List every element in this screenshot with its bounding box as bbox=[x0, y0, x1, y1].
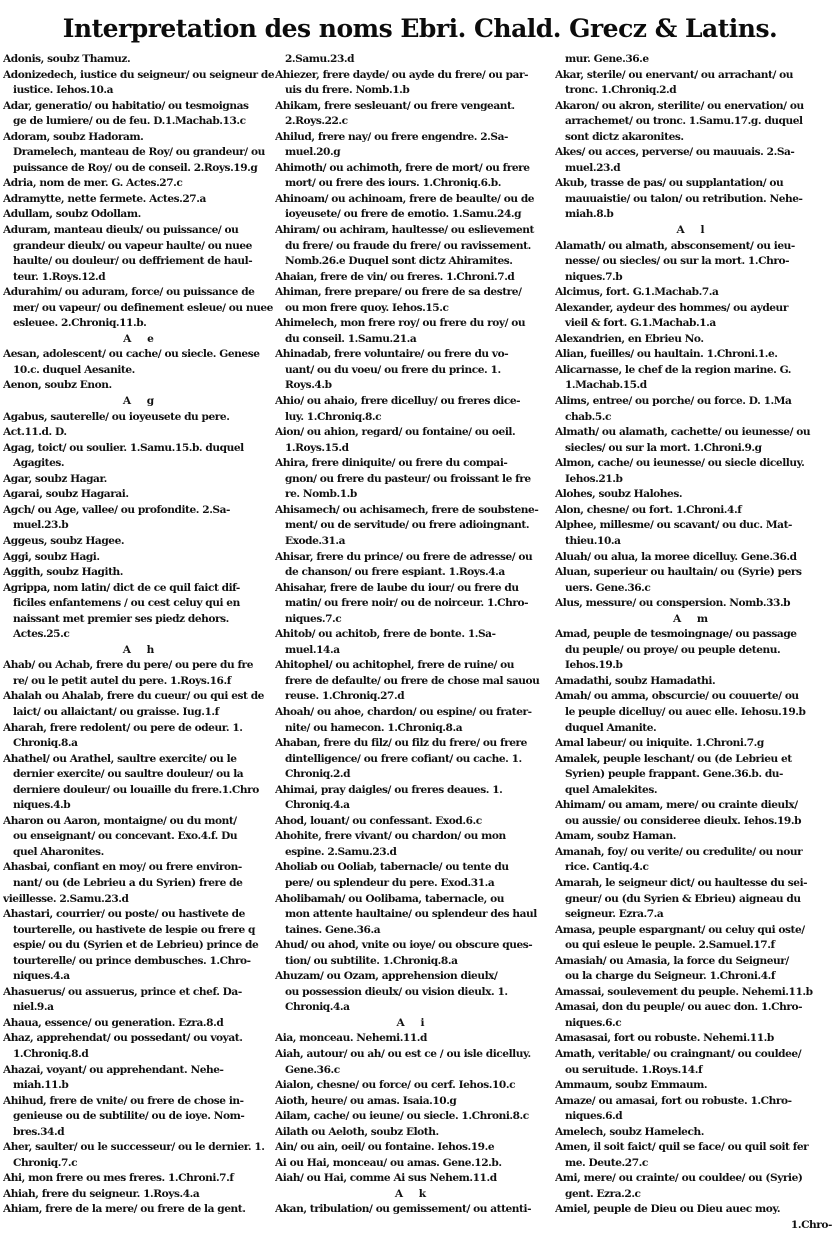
glossary-entry-line: Alus, messure/ ou conspersion. Nomb.33.b bbox=[555, 596, 832, 612]
glossary-entry-line: Amelech, soubz Hamelech. bbox=[555, 1125, 832, 1141]
glossary-entry-line: Akaron/ ou akron, sterilite/ ou enervati… bbox=[555, 99, 832, 115]
glossary-continuation-line: arrachemet/ ou tronc. 1.Samu.17.g. duque… bbox=[555, 114, 832, 130]
glossary-continuation-line: laict/ ou allaictant/ ou graisse. Iug.1.… bbox=[3, 705, 280, 721]
glossary-continuation-line: ioyeusete/ ou frere de emotio. 1.Samu.24… bbox=[275, 207, 552, 223]
glossary-entry-line: Ahimelech, mon frere roy/ ou frere du ro… bbox=[275, 316, 552, 332]
glossary-entry-line: Amasiah/ ou Amasia, la force du Seigneur… bbox=[555, 954, 832, 970]
glossary-continuation-line: Chroniq.2.d bbox=[275, 767, 552, 783]
glossary-entry-line: Ammaum, soubz Emmaum. bbox=[555, 1078, 832, 1094]
glossary-continuation-line: sont dictz akaronites. bbox=[555, 130, 832, 146]
glossary-entry-line: Adoram, soubz Hadoram. bbox=[3, 130, 280, 146]
glossary-entry-line: Alphee, millesme/ ou scavant/ ou duc. Ma… bbox=[555, 518, 832, 534]
glossary-continuation-line: tronc. 1.Chroniq.2.d bbox=[555, 83, 832, 99]
glossary-continuation-line: du peuple/ ou proye/ ou peuple detenu. bbox=[555, 643, 832, 659]
glossary-continuation-line: vieil & fort. G.1.Machab.1.a bbox=[555, 316, 832, 332]
glossary-entry-line: Alohes, soubz Halohes. bbox=[555, 487, 832, 503]
glossary-continuation-line: 2.Samu.23.d bbox=[275, 52, 552, 68]
glossary-columns: Adonis, soubz Thamuz.Adonizedech, iustic… bbox=[3, 52, 837, 1242]
glossary-continuation-line: miah.11.b bbox=[3, 1078, 280, 1094]
glossary-entry-line: Adramytte, nette fermete. Actes.27.a bbox=[3, 192, 280, 208]
glossary-continuation-line: me. Deute.27.c bbox=[555, 1156, 832, 1172]
glossary-entry-line: Aher, saulter/ ou le successeur/ ou le d… bbox=[3, 1140, 280, 1156]
glossary-continuation-line: bres.34.d bbox=[3, 1125, 280, 1141]
glossary-continuation-line: Nomb.26.e Duquel sont dictz Ahiramites. bbox=[275, 254, 552, 270]
glossary-entry-line: Ain/ ou ain, oeil/ ou fontaine. Iehos.19… bbox=[275, 1140, 552, 1156]
glossary-entry-line: Agar, soubz Hagar. bbox=[3, 472, 280, 488]
glossary-continuation-line: 1.Chro- bbox=[555, 1218, 832, 1234]
glossary-continuation-line: niques.7.b bbox=[555, 270, 832, 286]
glossary-entry-line: Aion/ ou ahion, regard/ ou fontaine/ ou … bbox=[275, 425, 552, 441]
section-letter-heading: A g bbox=[3, 394, 280, 410]
glossary-entry-line: Adria, nom de mer. G. Actes.27.c bbox=[3, 176, 280, 192]
glossary-entry-line: Akar, sterile/ ou enervant/ ou arrachant… bbox=[555, 68, 832, 84]
glossary-continuation-line: tourterelle, ou hastivete de lespie ou f… bbox=[3, 923, 280, 939]
glossary-continuation-line: 10.c. duquel Aesanite. bbox=[3, 363, 280, 379]
glossary-continuation-line: ou aussie/ ou consideree dieulx. Iehos.1… bbox=[555, 814, 832, 830]
glossary-entry-line: Aialon, chesne/ ou force/ ou cerf. Iehos… bbox=[275, 1078, 552, 1094]
glossary-entry-line: Ahilud, frere nay/ ou frere engendre. 2.… bbox=[275, 130, 552, 146]
glossary-continuation-line: niques.4.a bbox=[3, 969, 280, 985]
column-1: Adonis, soubz Thamuz.Adonizedech, iustic… bbox=[3, 52, 280, 1218]
glossary-continuation-line: duquel Amanite. bbox=[555, 721, 832, 737]
glossary-continuation-line: muel.14.a bbox=[275, 643, 552, 659]
glossary-continuation-line: 1.Chroniq.8.d bbox=[3, 1047, 280, 1063]
glossary-entry-line: Ahasuerus/ ou assuerus, prince et chef. … bbox=[3, 985, 280, 1001]
glossary-entry-line: Aesan, adolescent/ ou cache/ ou siecle. … bbox=[3, 347, 280, 363]
glossary-entry-line: Ahab/ ou Achab, frere du pere/ ou pere d… bbox=[3, 658, 280, 674]
glossary-continuation-line: du conseil. 1.Samu.21.a bbox=[275, 332, 552, 348]
glossary-continuation-line: Syrien) peuple frappant. Gene.36.b. du- bbox=[555, 767, 832, 783]
glossary-continuation-line: luy. 1.Chroniq.8.c bbox=[275, 410, 552, 426]
glossary-entry-line: Aiah, autour/ ou ah/ ou est ce / ou isle… bbox=[275, 1047, 552, 1063]
glossary-entry-line: Alcimus, fort. G.1.Machab.7.a bbox=[555, 285, 832, 301]
glossary-entry-line: Alon, chesne/ ou fort. 1.Chroni.4.f bbox=[555, 503, 832, 519]
glossary-continuation-line: Agagites. bbox=[3, 456, 280, 472]
glossary-entry-line: Akes/ ou acces, perverse/ ou mauuais. 2.… bbox=[555, 145, 832, 161]
glossary-entry-line: Amath, veritable/ ou craingnant/ ou coul… bbox=[555, 1047, 832, 1063]
glossary-continuation-line: mauuaistie/ ou talon/ ou retribution. Ne… bbox=[555, 192, 832, 208]
glossary-continuation-line: nite/ ou hamecon. 1.Chroniq.8.a bbox=[275, 721, 552, 737]
glossary-entry-line: Amen, il soit faict/ quil se face/ ou qu… bbox=[555, 1140, 832, 1156]
glossary-entry-line: Ahikam, frere sesleuant/ ou frere vengea… bbox=[275, 99, 552, 115]
glossary-entry-line: Ahaian, frere de vin/ ou freres. 1.Chron… bbox=[275, 270, 552, 286]
glossary-entry-line: Adonis, soubz Thamuz. bbox=[3, 52, 280, 68]
glossary-entry-line: Ahasbai, confiant en moy/ ou frere envir… bbox=[3, 860, 280, 876]
glossary-entry-line: Ahiram/ ou achiram, haultesse/ ou esliev… bbox=[275, 223, 552, 239]
glossary-continuation-line: muel.23.d bbox=[555, 161, 832, 177]
glossary-entry-line: Alexandrien, en Ebrieu No. bbox=[555, 332, 832, 348]
glossary-entry-line: Amadathi, soubz Hamadathi. bbox=[555, 674, 832, 690]
glossary-entry-line: Adullam, soubz Odollam. bbox=[3, 207, 280, 223]
glossary-entry-line: Amarah, le seigneur dict/ ou haultesse d… bbox=[555, 876, 832, 892]
glossary-entry-line: Ai ou Hai, monceau/ ou amas. Gene.12.b. bbox=[275, 1156, 552, 1172]
glossary-entry-line: Alicarnasse, le chef de la region marine… bbox=[555, 363, 832, 379]
glossary-continuation-line: quel Amalekites. bbox=[555, 783, 832, 799]
glossary-continuation-line: ou mon frere quoy. Iehos.15.c bbox=[275, 301, 552, 317]
glossary-continuation-line: ment/ ou de servitude/ ou frere adioingn… bbox=[275, 518, 552, 534]
glossary-continuation-line: dernier exercite/ ou saultre douleur/ ou… bbox=[3, 767, 280, 783]
glossary-continuation-line: frere de defaulte/ ou frere de chose mal… bbox=[275, 674, 552, 690]
glossary-entry-line: Ahisar, frere du prince/ ou frere de adr… bbox=[275, 550, 552, 566]
glossary-entry-line: Agch/ ou Age, vallee/ ou profondite. 2.S… bbox=[3, 503, 280, 519]
glossary-entry-line: Adonizedech, iustice du seigneur/ ou sei… bbox=[3, 68, 280, 84]
glossary-continuation-line: matin/ ou frere noir/ ou de noirceur. 1.… bbox=[275, 596, 552, 612]
glossary-entry-line: Ailam, cache/ ou ieune/ ou siecle. 1.Chr… bbox=[275, 1109, 552, 1125]
glossary-continuation-line: puissance de Roy/ ou de conseil. 2.Roys.… bbox=[3, 161, 280, 177]
glossary-entry-line: Aluah/ ou alua, la moree dicelluy. Gene.… bbox=[555, 550, 832, 566]
glossary-continuation-line: uis du frere. Nomb.1.b bbox=[275, 83, 552, 99]
glossary-entry-line: Amam, soubz Haman. bbox=[555, 829, 832, 845]
glossary-continuation-line: mer/ ou vapeur/ ou definement esleue/ ou… bbox=[3, 301, 280, 317]
glossary-continuation-line: chab.5.c bbox=[555, 410, 832, 426]
glossary-entry-line: Aharah, frere redolent/ ou pere de odeur… bbox=[3, 721, 280, 737]
glossary-continuation-line: quel Aharonites. bbox=[3, 845, 280, 861]
glossary-entry-line: Aia, monceau. Nehemi.11.d bbox=[275, 1031, 552, 1047]
glossary-continuation-line: naissant met premier ses piedz dehors. bbox=[3, 612, 280, 628]
glossary-entry-line: Ahihud, frere de vnite/ ou frere de chos… bbox=[3, 1094, 280, 1110]
glossary-entry-line: Aduram, manteau dieulx/ ou puissance/ ou bbox=[3, 223, 280, 239]
glossary-continuation-line: gent. Ezra.2.c bbox=[555, 1187, 832, 1203]
glossary-entry-line: Agarai, soubz Hagarai. bbox=[3, 487, 280, 503]
glossary-entry-line: Ahohite, frere vivant/ ou chardon/ ou mo… bbox=[275, 829, 552, 845]
glossary-continuation-line: ou seruitude. 1.Roys.14.f bbox=[555, 1063, 832, 1079]
glossary-entry-line: Akub, trasse de pas/ ou supplantation/ o… bbox=[555, 176, 832, 192]
glossary-continuation-line: ou enseignant/ ou concevant. Exo.4.f. Du bbox=[3, 829, 280, 845]
glossary-entry-line: Ahisamech/ ou achisamech, frere de soubs… bbox=[275, 503, 552, 519]
glossary-continuation-line: Exode.31.a bbox=[275, 534, 552, 550]
glossary-continuation-line: Iehos.19.b bbox=[555, 658, 832, 674]
glossary-continuation-line: Chroniq.4.a bbox=[275, 1000, 552, 1016]
glossary-entry-line: Ahaz, apprehendat/ ou possedant/ ou voya… bbox=[3, 1031, 280, 1047]
glossary-continuation-line: uant/ ou du voeu/ ou frere du prince. 1. bbox=[275, 363, 552, 379]
glossary-continuation-line: siecles/ ou sur la mort. 1.Chroni.9.g bbox=[555, 441, 832, 457]
glossary-entry-line: Ahoah/ ou ahoe, chardon/ ou espine/ ou f… bbox=[275, 705, 552, 721]
glossary-continuation-line: thieu.10.a bbox=[555, 534, 832, 550]
glossary-continuation-line: ou qui esleue le peuple. 2.Samuel.17.f bbox=[555, 938, 832, 954]
glossary-continuation-line: grandeur dieulx/ ou vapeur haulte/ ou nu… bbox=[3, 239, 280, 255]
glossary-entry-line: Amad, peuple de tesmoingnage/ ou passage bbox=[555, 627, 832, 643]
glossary-continuation-line: ficiles enfantemens / ou cest celuy qui … bbox=[3, 596, 280, 612]
glossary-entry-line: Ahinadab, frere voluntaire/ ou frere du … bbox=[275, 347, 552, 363]
glossary-continuation-line: derniere douleur/ ou louaille du frere.1… bbox=[3, 783, 280, 799]
glossary-entry-line: Ahiman, frere prepare/ ou frere de sa de… bbox=[275, 285, 552, 301]
glossary-continuation-line: niques.4.b bbox=[3, 798, 280, 814]
glossary-continuation-line: esleuee. 2.Chroniq.11.b. bbox=[3, 316, 280, 332]
glossary-continuation-line: mon attente haultaine/ ou splendeur des … bbox=[275, 907, 552, 923]
glossary-continuation-line: Iehos.21.b bbox=[555, 472, 832, 488]
glossary-entry-line: Almath/ ou alamath, cachette/ ou ieuness… bbox=[555, 425, 832, 441]
glossary-entry-line: Ahi, mon frere ou mes freres. 1.Chroni.7… bbox=[3, 1171, 280, 1187]
glossary-continuation-line: le peuple dicelluy/ ou auec elle. Iehosu… bbox=[555, 705, 832, 721]
glossary-entry-line: Ahazai, voyant/ ou apprehendant. Nehe- bbox=[3, 1063, 280, 1079]
glossary-entry-line: Ahimoth/ ou achimoth, frere de mort/ ou … bbox=[275, 161, 552, 177]
glossary-entry-line: Ahimam/ ou amam, mere/ ou crainte dieulx… bbox=[555, 798, 832, 814]
glossary-entry-line: Ami, mere/ ou crainte/ ou couldee/ ou (S… bbox=[555, 1171, 832, 1187]
glossary-continuation-line: du frere/ ou fraude du frere/ ou ravisse… bbox=[275, 239, 552, 255]
glossary-entry-line: Akan, tribulation/ ou gemissement/ ou at… bbox=[275, 1202, 552, 1218]
glossary-entry-line: Almon, cache/ ou ieunesse/ ou siecle dic… bbox=[555, 456, 832, 472]
glossary-entry-line: Ahiezer, frere dayde/ ou ayde du frere/ … bbox=[275, 68, 552, 84]
glossary-continuation-line: re/ ou le petit autel du pere. 1.Roys.16… bbox=[3, 674, 280, 690]
glossary-entry-line: Amasasai, fort ou robuste. Nehemi.11.b bbox=[555, 1031, 832, 1047]
glossary-continuation-line: mur. Gene.36.e bbox=[555, 52, 832, 68]
glossary-continuation-line: Chroniq.7.c bbox=[3, 1156, 280, 1172]
glossary-continuation-line: Dramelech, manteau de Roy/ ou grandeur/ … bbox=[3, 145, 280, 161]
glossary-continuation-line: reuse. 1.Chroniq.27.d bbox=[275, 689, 552, 705]
glossary-continuation-line: dintelligence/ ou frere cofiant/ ou cach… bbox=[275, 752, 552, 768]
glossary-entry-line: Ahuzam/ ou Ozam, apprehension dieulx/ bbox=[275, 969, 552, 985]
glossary-entry-line: Adar, generatio/ ou habitatio/ ou tesmoi… bbox=[3, 99, 280, 115]
glossary-entry-line: Ahimai, pray daigles/ ou freres deaues. … bbox=[275, 783, 552, 799]
glossary-continuation-line: ou possession dieulx/ ou vision dieulx. … bbox=[275, 985, 552, 1001]
glossary-continuation-line: 1.Roys.15.d bbox=[275, 441, 552, 457]
glossary-continuation-line: iustice. Iehos.10.a bbox=[3, 83, 280, 99]
glossary-entry-line: Aioth, heure/ ou amas. Isaia.10.g bbox=[275, 1094, 552, 1110]
glossary-continuation-line: tion/ ou subtilite. 1.Chroniq.8.a bbox=[275, 954, 552, 970]
glossary-entry-line: Amal labeur/ ou iniquite. 1.Chroni.7.g bbox=[555, 736, 832, 752]
column-3: mur. Gene.36.eAkar, sterile/ ou enervant… bbox=[555, 52, 832, 1234]
column-2: 2.Samu.23.dAhiezer, frere dayde/ ou ayde… bbox=[275, 52, 552, 1218]
glossary-continuation-line: Chroniq.8.a bbox=[3, 736, 280, 752]
glossary-continuation-line: muel.23.b bbox=[3, 518, 280, 534]
glossary-entry-line: Ahaua, essence/ ou generation. Ezra.8.d bbox=[3, 1016, 280, 1032]
glossary-entry-line: Ahitophel/ ou achitophel, frere de ruine… bbox=[275, 658, 552, 674]
glossary-continuation-line: pere/ ou splendeur du pere. Exod.31.a bbox=[275, 876, 552, 892]
glossary-entry-line: Alamath/ ou almath, absconsement/ ou ieu… bbox=[555, 239, 832, 255]
glossary-entry-line: Amiel, peuple de Dieu ou Dieu auec moy. bbox=[555, 1202, 832, 1218]
glossary-continuation-line: niques.6.c bbox=[555, 1016, 832, 1032]
glossary-entry-line: Alexander, aydeur des hommes/ ou aydeur bbox=[555, 301, 832, 317]
glossary-entry-line: Ahio/ ou ahaio, frere dicelluy/ ou frere… bbox=[275, 394, 552, 410]
glossary-entry-line: Ahira, frere diniquite/ ou frere du comp… bbox=[275, 456, 552, 472]
glossary-entry-line: Ahisahar, frere de laube du iour/ ou fre… bbox=[275, 581, 552, 597]
glossary-entry-line: Amalek, peuple leschant/ ou (de Lebrieu … bbox=[555, 752, 832, 768]
glossary-continuation-line: miah.8.b bbox=[555, 207, 832, 223]
glossary-entry-line: Amasai, don du peuple/ ou auec don. 1.Ch… bbox=[555, 1000, 832, 1016]
glossary-entry-line: Aholibamah/ ou Oolibama, tabernacle, ou bbox=[275, 892, 552, 908]
glossary-continuation-line: nant/ ou (de Lebrieu a du Syrien) frere … bbox=[3, 876, 280, 892]
glossary-continuation-line: rice. Cantiq.4.c bbox=[555, 860, 832, 876]
glossary-entry-line: Aluan, superieur ou haultain/ ou (Syrie)… bbox=[555, 565, 832, 581]
glossary-entry-line: Ahitob/ ou achitob, frere de bonte. 1.Sa… bbox=[275, 627, 552, 643]
section-letter-heading: A m bbox=[555, 612, 832, 628]
glossary-continuation-line: nesse/ ou siecles/ ou sur la mort. 1.Chr… bbox=[555, 254, 832, 270]
glossary-continuation-line: uers. Gene.36.c bbox=[555, 581, 832, 597]
glossary-continuation-line: niques.6.d bbox=[555, 1109, 832, 1125]
glossary-entry-line: Ahalah ou Ahalab, frere du cueur/ ou qui… bbox=[3, 689, 280, 705]
glossary-entry-line: Adurahim/ ou aduram, force/ ou puissance… bbox=[3, 285, 280, 301]
glossary-entry-line: Aholiab ou Ooliab, tabernacle/ ou tente … bbox=[275, 860, 552, 876]
section-letter-heading: A e bbox=[3, 332, 280, 348]
glossary-continuation-line: tourterelle/ ou prince dembusches. 1.Chr… bbox=[3, 954, 280, 970]
glossary-continuation-line: taines. Gene.36.a bbox=[275, 923, 552, 939]
glossary-continuation-line: espine. 2.Samu.23.d bbox=[275, 845, 552, 861]
section-letter-heading: A l bbox=[555, 223, 832, 239]
glossary-entry-line: Amasa, peuple espargnant/ ou celuy qui o… bbox=[555, 923, 832, 939]
glossary-continuation-line: de chanson/ ou frere espiant. 1.Roys.4.a bbox=[275, 565, 552, 581]
glossary-continuation-line: Gene.36.c bbox=[275, 1063, 552, 1079]
glossary-entry-line: Aggi, soubz Hagi. bbox=[3, 550, 280, 566]
glossary-continuation-line: genieuse ou de subtilite/ ou de ioye. No… bbox=[3, 1109, 280, 1125]
glossary-entry-line: Amassai, soulevement du peuple. Nehemi.1… bbox=[555, 985, 832, 1001]
section-letter-heading: A i bbox=[275, 1016, 552, 1032]
page-title: Interpretation des noms Ebri. Chald. Gre… bbox=[0, 14, 840, 43]
glossary-entry-line: Ailath ou Aeloth, soubz Eloth. bbox=[275, 1125, 552, 1141]
glossary-entry-line: Ahod, louant/ ou confessant. Exod.6.c bbox=[275, 814, 552, 830]
glossary-entry-line: Ahiam, frere de la mere/ ou frere de la … bbox=[3, 1202, 280, 1218]
glossary-entry-line: Aggeus, soubz Hagee. bbox=[3, 534, 280, 550]
glossary-continuation-line: Actes.25.c bbox=[3, 627, 280, 643]
glossary-entry-line: Agabus, sauterelle/ ou ioyeusete du pere… bbox=[3, 410, 280, 426]
glossary-continuation-line: teur. 1.Roys.12.d bbox=[3, 270, 280, 286]
glossary-entry-line: Aiah/ ou Hai, comme Ai sus Nehem.11.d bbox=[275, 1171, 552, 1187]
glossary-continuation-line: gnon/ ou frere du pasteur/ ou froissant … bbox=[275, 472, 552, 488]
glossary-entry-line: Act.11.d. D. bbox=[3, 425, 280, 441]
section-letter-heading: A h bbox=[3, 643, 280, 659]
glossary-entry-line: Ahud/ ou ahod, vnite ou ioye/ ou obscure… bbox=[275, 938, 552, 954]
glossary-continuation-line: Chroniq.4.a bbox=[275, 798, 552, 814]
glossary-continuation-line: mort/ ou frere des iours. 1.Chroniq.6.b. bbox=[275, 176, 552, 192]
glossary-entry-line: Ahaban, frere du filz/ ou filz du frere/… bbox=[275, 736, 552, 752]
glossary-continuation-line: haulte/ ou douleur/ ou deffriement de ha… bbox=[3, 254, 280, 270]
section-letter-heading: A k bbox=[275, 1187, 552, 1203]
glossary-entry-line: vieillesse. 2.Samu.23.d bbox=[3, 892, 280, 908]
glossary-entry-line: Ahathel/ ou Arathel, saultre exercite/ o… bbox=[3, 752, 280, 768]
glossary-continuation-line: ou la charge du Seigneur. 1.Chroni.4.f bbox=[555, 969, 832, 985]
glossary-continuation-line: seigneur. Ezra.7.a bbox=[555, 907, 832, 923]
glossary-entry-line: Agrippa, nom latin/ dict de ce quil faic… bbox=[3, 581, 280, 597]
glossary-entry-line: Amanah, foy/ ou verite/ ou credulite/ ou… bbox=[555, 845, 832, 861]
glossary-continuation-line: muel.20.g bbox=[275, 145, 552, 161]
glossary-entry-line: Aggith, soubz Hagith. bbox=[3, 565, 280, 581]
glossary-continuation-line: Roys.4.b bbox=[275, 378, 552, 394]
glossary-entry-line: Ahiah, frere du seigneur. 1.Roys.4.a bbox=[3, 1187, 280, 1203]
glossary-continuation-line: niques.7.c bbox=[275, 612, 552, 628]
glossary-entry-line: Agag, toict/ ou soulier. 1.Samu.15.b. du… bbox=[3, 441, 280, 457]
glossary-continuation-line: gneur/ ou (du Syrien & Ebrieu) aigneau d… bbox=[555, 892, 832, 908]
glossary-continuation-line: ge de lumiere/ ou de feu. D.1.Machab.13.… bbox=[3, 114, 280, 130]
glossary-entry-line: Aharon ou Aaron, montaigne/ ou du mont/ bbox=[3, 814, 280, 830]
glossary-entry-line: Ahastari, courrier/ ou poste/ ou hastive… bbox=[3, 907, 280, 923]
glossary-entry-line: Amaze/ ou amasai, fort ou robuste. 1.Chr… bbox=[555, 1094, 832, 1110]
glossary-continuation-line: niel.9.a bbox=[3, 1000, 280, 1016]
glossary-entry-line: Aenon, soubz Enon. bbox=[3, 378, 280, 394]
glossary-continuation-line: 1.Machab.15.d bbox=[555, 378, 832, 394]
glossary-entry-line: Amah/ ou amma, obscurcie/ ou couuerte/ o… bbox=[555, 689, 832, 705]
glossary-continuation-line: 2.Roys.22.c bbox=[275, 114, 552, 130]
glossary-entry-line: Alian, fueilles/ ou haultain. 1.Chroni.1… bbox=[555, 347, 832, 363]
glossary-continuation-line: espie/ ou du (Syrien et de Lebrieu) prin… bbox=[3, 938, 280, 954]
glossary-entry-line: Alims, entree/ ou porche/ ou force. D. 1… bbox=[555, 394, 832, 410]
glossary-continuation-line: re. Nomb.1.b bbox=[275, 487, 552, 503]
glossary-entry-line: Ahinoam/ ou achinoam, frere de beaulte/ … bbox=[275, 192, 552, 208]
